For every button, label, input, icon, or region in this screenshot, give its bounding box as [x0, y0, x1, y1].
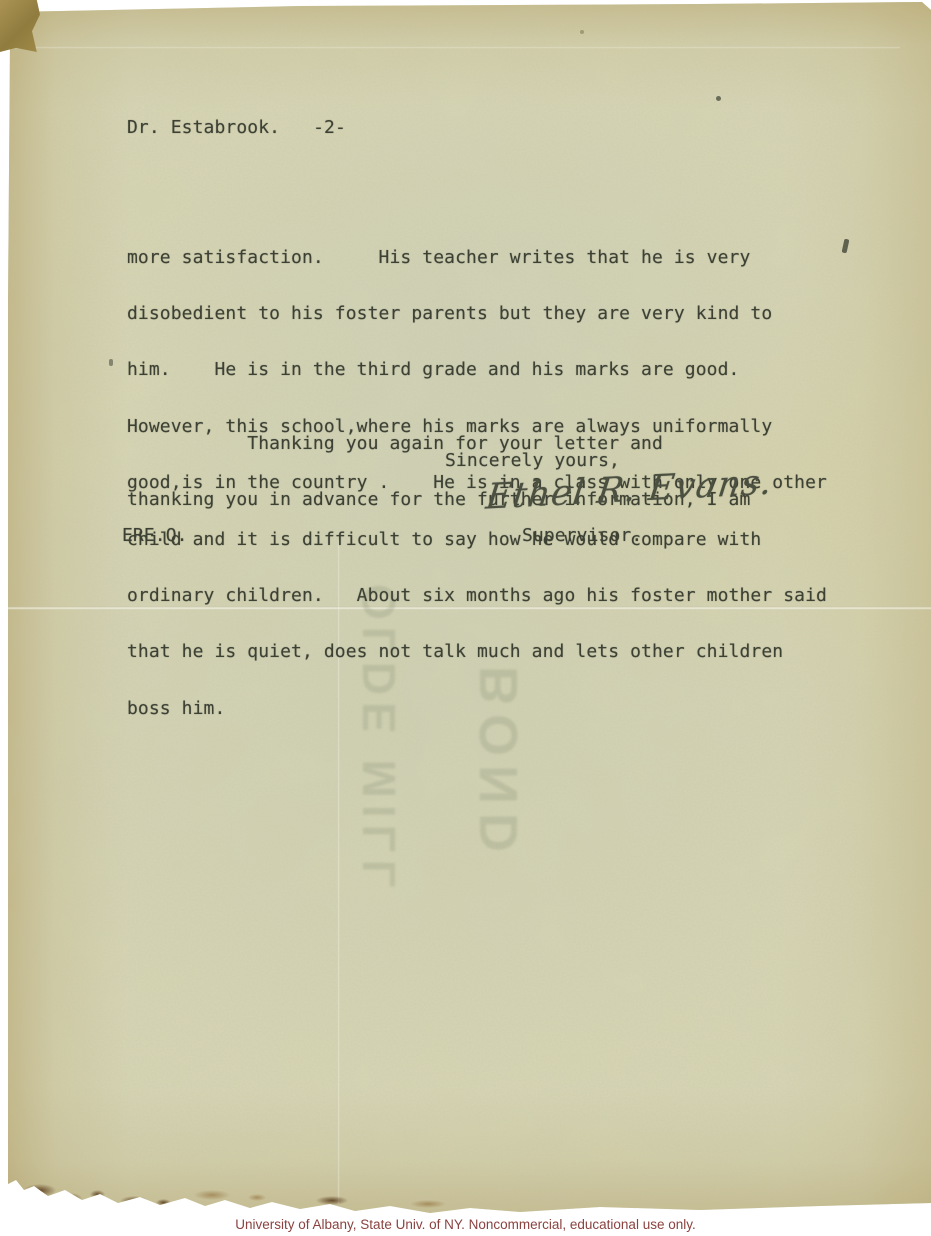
closing-line: Thanking you again for your letter and: [127, 435, 750, 454]
ink-speck: [842, 239, 850, 254]
stain: [24, 1184, 56, 1197]
stain: [194, 1190, 230, 1200]
stain: [58, 1193, 82, 1204]
stain: [248, 1194, 266, 1201]
fold-crease-top: [12, 46, 900, 49]
body-line: boss him.: [127, 700, 827, 719]
body-line: more satisfaction. His teacher writes th…: [127, 249, 827, 268]
ink-speck: [716, 96, 721, 101]
signature-title: Supervisor.: [522, 527, 642, 546]
archive-credit-bar: University of Albany, State Univ. of NY.…: [0, 1213, 931, 1236]
archive-credit: University of Albany, State Univ. of NY.…: [235, 1217, 695, 1232]
addressee: Dr. Estabrook.: [127, 117, 280, 138]
ink-speck: [580, 30, 584, 34]
stain: [410, 1200, 446, 1208]
page-number: -2-: [313, 117, 346, 138]
letter-paper: OLDE MILL BOND Dr. Estabrook.-2- more sa…: [0, 0, 931, 1216]
body-line: disobedient to his foster parents but th…: [127, 305, 827, 324]
stain: [316, 1196, 348, 1205]
stain: [156, 1199, 171, 1206]
stain: [120, 1196, 148, 1206]
paper-corner-fragment: [0, 0, 40, 52]
signoff: Sincerely yours,: [445, 452, 620, 471]
scanned-letter-page: OLDE MILL BOND Dr. Estabrook.-2- more sa…: [0, 0, 931, 1236]
body-line: him. He is in the third grade and his ma…: [127, 361, 827, 380]
signature-block: ERE.Q. Supervisor.: [0, 527, 931, 547]
body-line: that he is quiet, does not talk much and…: [127, 643, 827, 662]
typist-initials: ERE.Q.: [122, 527, 188, 546]
stain: [90, 1190, 105, 1199]
letter-header: Dr. Estabrook.-2-: [127, 119, 346, 138]
ink-speck: [109, 359, 113, 366]
body-line: ordinary children. About six months ago …: [127, 587, 827, 606]
